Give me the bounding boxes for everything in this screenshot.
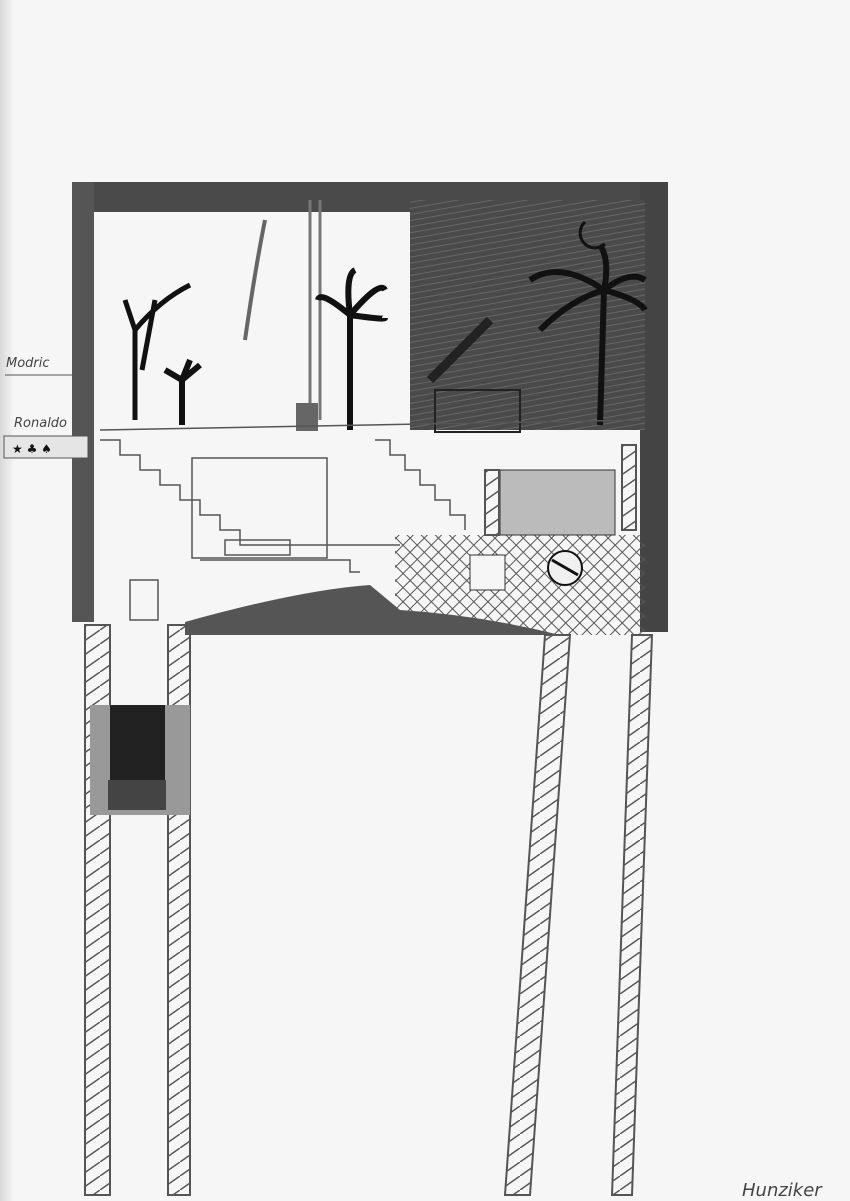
svg-text:★ ♣ ♠: ★ ♣ ♠ <box>12 442 52 456</box>
label-modric: Modric <box>6 356 50 371</box>
hatched-room <box>395 470 645 635</box>
drawing-canvas: ★ ♣ ♠ <box>0 0 850 1201</box>
signature: Hunziker <box>742 1180 822 1201</box>
night-sky <box>410 200 645 432</box>
shaft-box <box>90 705 190 815</box>
label-ronaldo: Ronaldo <box>14 416 67 431</box>
